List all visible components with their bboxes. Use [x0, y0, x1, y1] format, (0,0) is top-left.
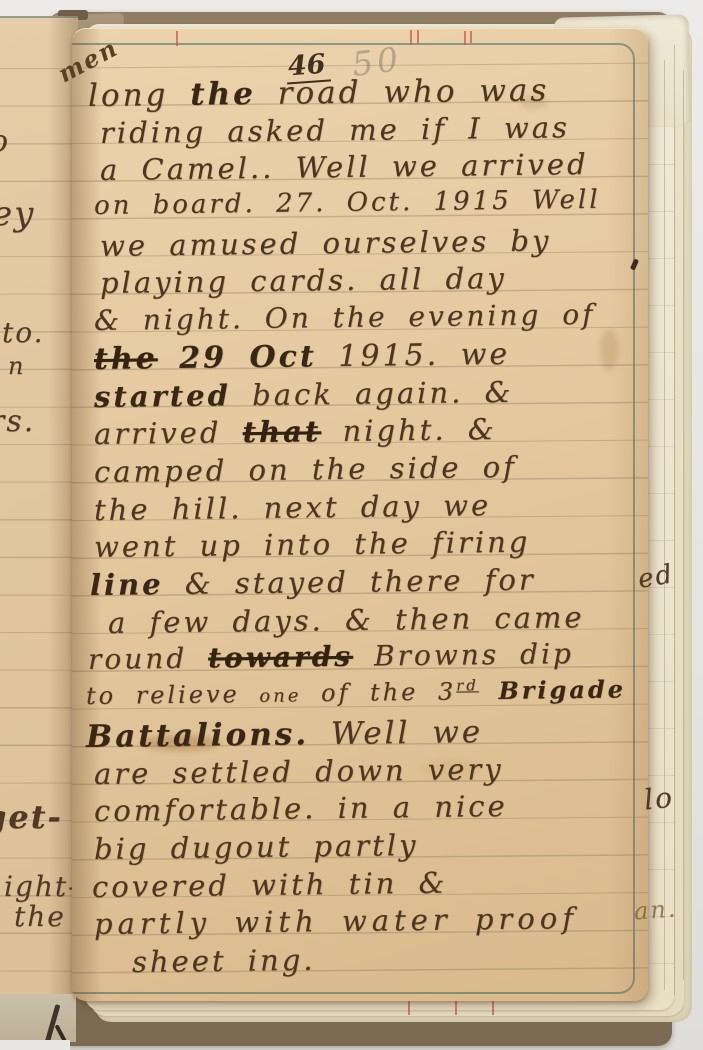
diary-page [72, 28, 648, 1001]
teal-border-line [72, 43, 635, 994]
red-margin-tick [176, 31, 178, 46]
page-number-pencil: 50 [350, 39, 404, 84]
left-page-text-fragment: the [14, 900, 66, 933]
left-page-text-fragment: ey [0, 194, 35, 234]
paper-stain [520, 95, 548, 109]
left-page-text-fragment: get- [0, 798, 63, 836]
page-stack-edge-line [664, 60, 665, 990]
left-page-strip: oeyto.nrs.get-ight-the [0, 16, 78, 994]
left-page-text-fragment: to. [2, 316, 45, 349]
red-margin-tick [417, 30, 419, 43]
page-edge-shading [608, 29, 648, 1001]
paper-stain [600, 329, 618, 371]
red-margin-tick [464, 31, 466, 45]
left-page-fragments: oeyto.nrs.get-ight-the [0, 18, 78, 994]
page-stack-edge-line [674, 45, 675, 995]
left-page-text-fragment: rs. [0, 404, 35, 439]
left-page-text-fragment: o [0, 124, 10, 159]
left-page-text-fragment: ight- [4, 870, 78, 903]
red-margin-tick [410, 30, 412, 45]
red-margin-tick [470, 31, 472, 43]
photographed-diary-page: oeyto.nrs.get-ight-the men 46 50 long th… [0, 0, 703, 1050]
paper-stain [420, 759, 480, 779]
page-number-ink: 46 [285, 49, 331, 85]
background-corner [0, 1040, 70, 1050]
left-page-text-fragment: n [8, 352, 25, 380]
ink-stain [142, 735, 220, 751]
gutter-shadow [72, 29, 102, 1001]
page-stack-edge-line [683, 70, 684, 980]
